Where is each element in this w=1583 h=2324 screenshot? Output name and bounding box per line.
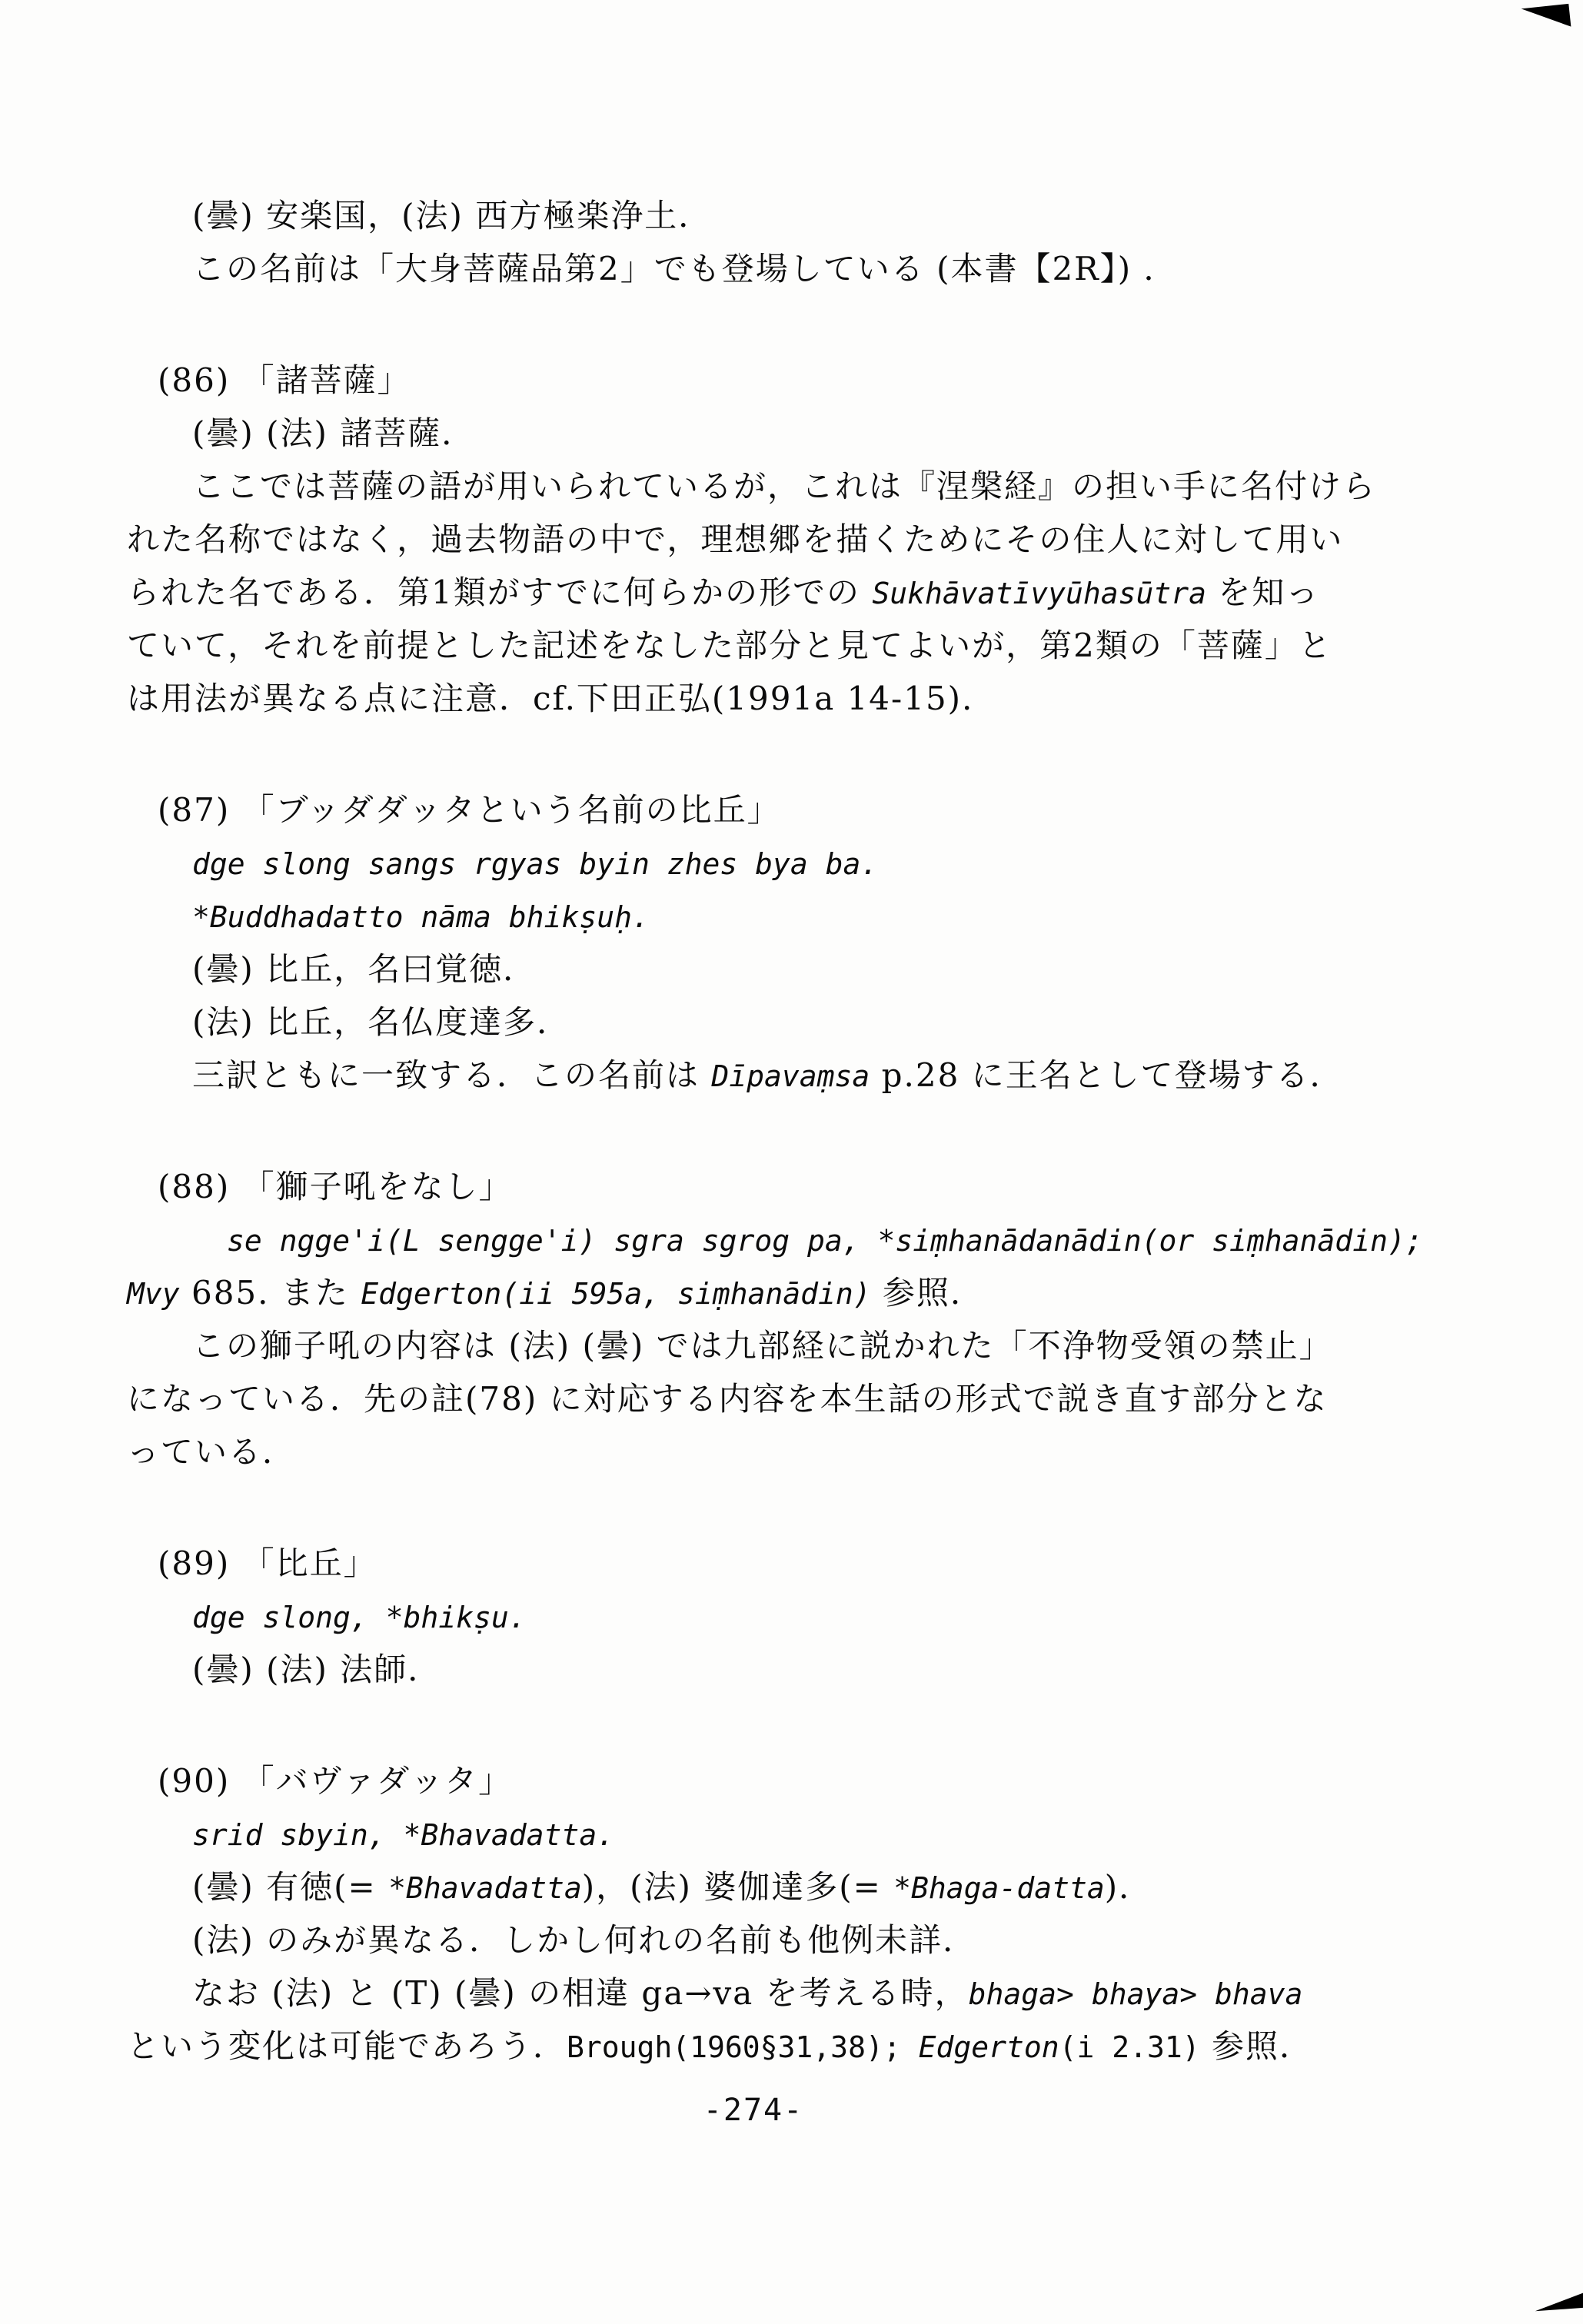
text-segment: (曇) 有徳(=	[192, 1868, 388, 1906]
note90-comment-line-2: なお (法) と (T) (曇) の相違 ga→va を考える時，bhaga> …	[127, 1967, 1549, 2020]
note85-translation-line: (曇) 安楽国，(法) 西方極楽浄土．	[127, 189, 1549, 242]
text-segment: っている．	[127, 1433, 296, 1471]
text-segment: られた名である．第1類がすでに何らかの形での	[127, 574, 872, 611]
text-segment: 参照．	[871, 1274, 984, 1312]
text-segment: )．	[1105, 1868, 1152, 1906]
sanskrit-derivation: bhaga> bhaya> bhava	[969, 1977, 1303, 2011]
sanskrit-name: *Bhavadatta	[388, 1871, 582, 1905]
tibetan-text: se ngge'i(L sengge'i) sgra sgrog pa, *si…	[227, 1224, 1423, 1258]
text-segment: は用法が異なる点に注意．cf.下田正弘(1991a 14-15).	[127, 680, 973, 717]
sanskrit-title: Sukhāvatīvyūhasūtra	[872, 577, 1206, 610]
text-segment: (曇) 比丘，名曰覚徳．	[192, 950, 537, 988]
note86-comment-line-4: ていて，それを前提とした記述をなした部分と見てよいが，第2類の「菩薩」と	[127, 619, 1549, 672]
text-segment: (曇) (法) 法師．	[192, 1651, 441, 1688]
page-text: (曇) 安楽国，(法) 西方極楽浄土． この名前は「大身菩薩品第2」でも登場して…	[127, 189, 1549, 2073]
pali-title: Dīpavaṃsa	[711, 1059, 870, 1093]
note88-heading: (88) 「獅子吼をなし」	[127, 1160, 1549, 1213]
text-segment: (88) 「獅子吼をなし」	[158, 1168, 513, 1205]
note90-translation-line: (曇) 有徳(= *Bhavadatta)，(法) 婆伽達多(= *Bhaga-…	[127, 1860, 1549, 1913]
text-segment: 三訳ともに一致する．この名前は	[192, 1056, 711, 1094]
text-segment: (曇) 安楽国，(法) 西方極楽浄土．	[192, 197, 712, 234]
text-segment: 参照．	[1200, 2027, 1313, 2065]
note90-comment-line-3: という変化は可能であろう．Brough(1960§31,38); Edgerto…	[127, 2020, 1549, 2073]
note86-comment-line-5: は用法が異なる点に注意．cf.下田正弘(1991a 14-15).	[127, 672, 1549, 725]
tibetan-text: srid sbyin, *Bhavadatta.	[192, 1818, 614, 1852]
tibetan-text: dge slong sangs rgyas byin zhes bya ba.	[192, 847, 878, 881]
note89-tibetan-line: dge slong, *bhikṣu.	[127, 1590, 1549, 1643]
text-segment: (87) 「ブッダダッタという名前の比丘」	[158, 791, 781, 829]
note87-comment-line: 三訳ともに一致する．この名前は Dīpavaṃsa p.28 に王名として登場す…	[127, 1049, 1549, 1102]
note88-comment-line-1: この獅子吼の内容は (法) (曇) では九部経に説かれた「不浄物受領の禁止」	[127, 1319, 1549, 1372]
tibetan-text: dge slong, *bhikṣu.	[192, 1601, 527, 1634]
text-segment: ていて，それを前提とした記述をなした部分と見てよいが，第2類の「菩薩」と	[127, 627, 1332, 664]
reference-locator: (i 2.31)	[1059, 2030, 1200, 2064]
text-segment: ここでは菩薩の語が用いられているが，これは『涅槃経』の担い手に名付けら	[192, 467, 1376, 505]
text-segment: (曇) (法) 諸菩薩．	[192, 414, 475, 452]
text-segment: p.28 に王名として登場する．	[870, 1056, 1343, 1094]
text-segment: (89) 「比丘」	[158, 1544, 377, 1582]
note86-comment-line-2: れた名称ではなく，過去物語の中で，理想郷を描くためにその住人に対して用い	[127, 513, 1549, 566]
note88-reference-line: Mvy 685. また Edgerton(ii 595a, siṃhanādin…	[127, 1266, 1549, 1319]
note88-comment-line-2: になっている．先の註(78) に対応する内容を本生話の形式で説き直す部分とな	[127, 1372, 1549, 1425]
text-segment: なお (法) と (T) (曇) の相違 ga→va を考える時，	[192, 1974, 969, 2012]
note87-don-translation-line: (曇) 比丘，名曰覚徳．	[127, 943, 1549, 996]
note90-heading: (90) 「バヴァダッタ」	[127, 1754, 1549, 1807]
note90-tibetan-line: srid sbyin, *Bhavadatta.	[127, 1807, 1549, 1860]
note86-translation-line: (曇) (法) 諸菩薩．	[127, 407, 1549, 460]
text-segment: れた名称ではなく，過去物語の中で，理想郷を描くためにその住人に対して用い	[127, 520, 1343, 558]
page-number: -274-	[0, 2093, 1507, 2128]
text-segment: (法) 比丘，名仏度達多．	[192, 1003, 570, 1041]
note87-hou-translation-line: (法) 比丘，名仏度達多．	[127, 996, 1549, 1049]
sanskrit-name: *Bhaga-datta	[893, 1871, 1105, 1905]
text-segment: (90) 「バヴァダッタ」	[158, 1762, 512, 1800]
text-segment: になっている．先の註(78) に対応する内容を本生話の形式で説き直す部分とな	[127, 1380, 1328, 1418]
note90-comment-line-1: (法) のみが異なる．しかし何れの名前も他例未詳．	[127, 1913, 1549, 1967]
note88-tibetan-line: se ngge'i(L sengge'i) sgra sgrog pa, *si…	[127, 1213, 1549, 1266]
note87-heading: (87) 「ブッダダッタという名前の比丘」	[127, 783, 1549, 836]
text-segment: (86) 「諸菩薩」	[158, 361, 411, 399]
scan-artifact-bottom-right	[1534, 2292, 1583, 2312]
note86-comment-line-1: ここでは菩薩の語が用いられているが，これは『涅槃経』の担い手に名付けら	[127, 460, 1549, 513]
note89-heading: (89) 「比丘」	[127, 1537, 1549, 1590]
note89-translation-line: (曇) (法) 法師．	[127, 1643, 1549, 1696]
reference-author: Edgerton	[919, 2030, 1059, 2064]
sanskrit-text: *Buddhadatto nāma bhikṣuḥ.	[192, 900, 650, 934]
reference-citation: Edgerton(ii 595a, siṃhanādin)	[361, 1277, 870, 1311]
note88-comment-line-3: っている．	[127, 1425, 1549, 1478]
reference-citation: Brough(1960§31,38);	[567, 2030, 919, 2064]
text-segment: を知っ	[1206, 574, 1319, 611]
note86-comment-line-3: られた名である．第1類がすでに何らかの形での Sukhāvatīvyūhasūt…	[127, 566, 1549, 619]
text-segment: )，(法) 婆伽達多(=	[582, 1868, 893, 1906]
reference-abbrev: Mvy	[127, 1277, 180, 1311]
note87-sanskrit-line: *Buddhadatto nāma bhikṣuḥ.	[127, 889, 1549, 943]
note85-comment-line: この名前は「大身菩薩品第2」でも登場している (本書【2R】) ．	[127, 242, 1549, 295]
text-segment: 685. また	[180, 1274, 361, 1312]
note87-tibetan-line: dge slong sangs rgyas byin zhes bya ba.	[127, 836, 1549, 889]
note86-heading: (86) 「諸菩薩」	[127, 354, 1549, 407]
text-segment: この獅子吼の内容は (法) (曇) では九部経に説かれた「不浄物受領の禁止」	[192, 1327, 1333, 1365]
text-segment: この名前は「大身菩薩品第2」でも登場している (本書【2R】) ．	[192, 250, 1178, 288]
text-segment: という変化は可能であろう．	[127, 2027, 567, 2065]
text-segment: (法) のみが異なる．しかし何れの名前も他例未詳．	[192, 1921, 976, 1959]
scan-artifact-top-right	[1521, 4, 1571, 32]
